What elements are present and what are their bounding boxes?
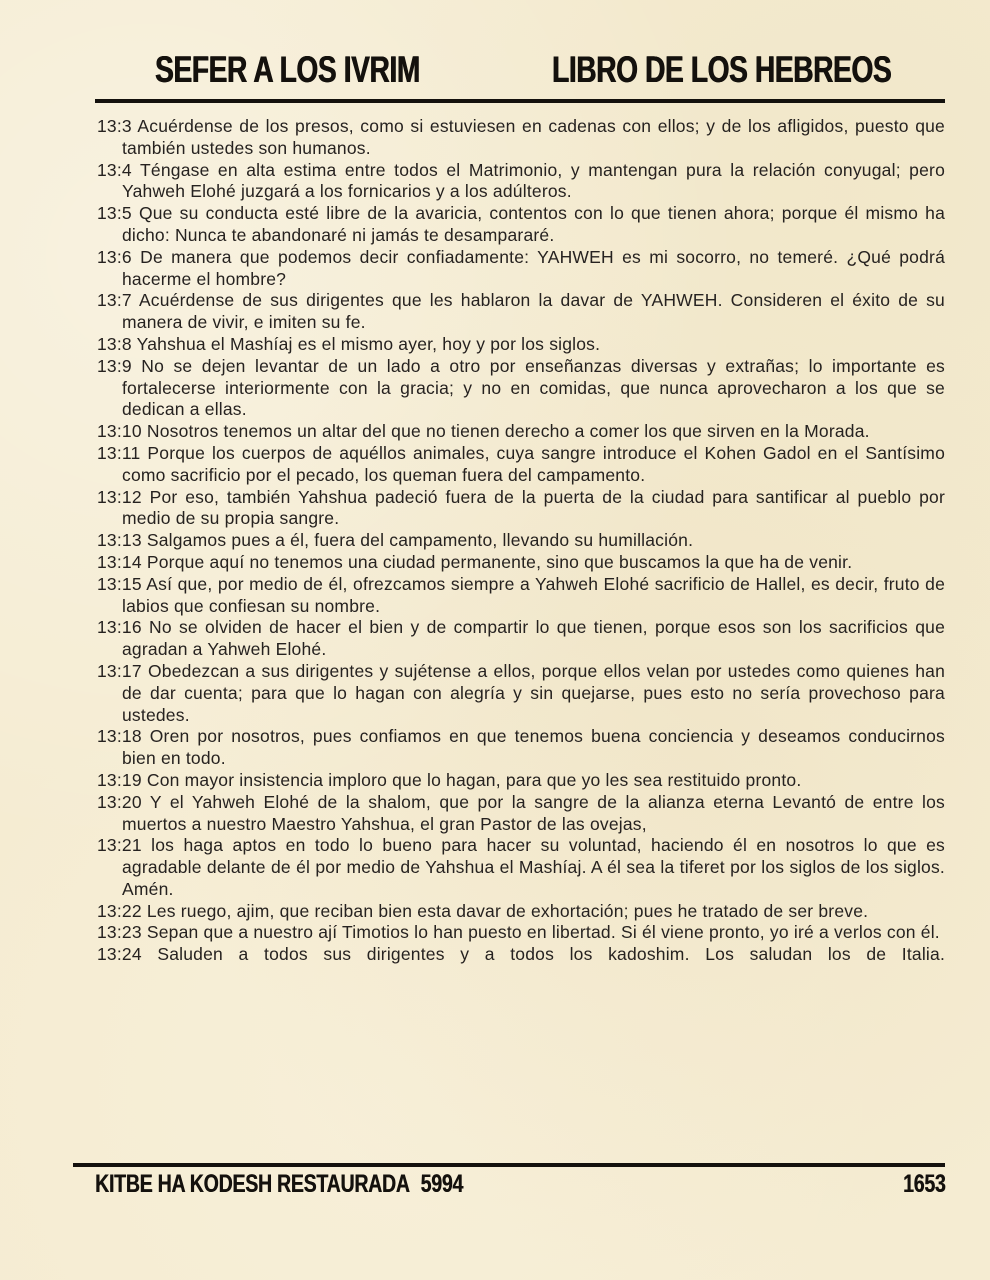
- verse: 13:20 Y el Yahweh Elohé de la shalom, qu…: [97, 792, 945, 836]
- page-header: SEFER A LOS IVRIM LIBRO DE LOS HEBREOS: [0, 50, 990, 94]
- footer-rule: [73, 1163, 945, 1167]
- verse-text: No se olviden de hacer el bien y de comp…: [122, 617, 945, 659]
- header-rule: [95, 99, 945, 103]
- verse-number: 13:6: [97, 247, 132, 267]
- verse-number: 13:7: [97, 290, 132, 310]
- verse-text: Oren por nosotros, pues confiamos en que…: [122, 726, 945, 768]
- verse-text: Que su conducta esté libre de la avarici…: [122, 203, 945, 245]
- verse-text: Téngase en alta estima entre todos el Ma…: [122, 160, 945, 202]
- verse-text: Saluden a todos sus dirigentes y a todos…: [157, 944, 945, 964]
- verse: 13:21 los haga aptos en todo lo bueno pa…: [97, 835, 945, 900]
- verse-number: 13:12: [97, 487, 142, 507]
- verse-text: Acuérdense de los presos, como si estuvi…: [122, 116, 945, 158]
- verse: 13:11 Porque los cuerpos de aquéllos ani…: [97, 443, 945, 487]
- verse-text: Salgamos pues a él, fuera del campamento…: [147, 530, 693, 550]
- verse-number: 13:10: [97, 421, 142, 441]
- verse-number: 13:16: [97, 617, 142, 637]
- verse-text-block: 13:3 Acuérdense de los presos, como si e…: [97, 116, 945, 966]
- verse-text: Sepan que a nuestro ají Timotios lo han …: [147, 922, 940, 942]
- verse: 13:8 Yahshua el Mashíaj es el mismo ayer…: [97, 334, 945, 356]
- verse-text: los haga aptos en todo lo bueno para hac…: [122, 835, 945, 899]
- verse-text: Por eso, también Yahshua padeció fuera d…: [122, 487, 945, 529]
- verse-number: 13:23: [97, 922, 142, 942]
- verse: 13:22 Les ruego, ajim, que reciban bien …: [97, 901, 945, 923]
- verse-text: Obedezcan a sus dirigentes y sujétense a…: [122, 661, 945, 725]
- verse-number: 13:5: [97, 203, 132, 223]
- verse-text: Con mayor insistencia imploro que lo hag…: [147, 770, 802, 790]
- verse: 13:23 Sepan que a nuestro ají Timotios l…: [97, 922, 945, 944]
- verse-text: Porque aquí no tenemos una ciudad perman…: [147, 552, 852, 572]
- verse-text: Yahshua el Mashíaj es el mismo ayer, hoy…: [137, 334, 601, 354]
- verse: 13:14 Porque aquí no tenemos una ciudad …: [97, 552, 945, 574]
- verse-number: 13:15: [97, 574, 142, 594]
- verse-number: 13:21: [97, 835, 142, 855]
- verse: 13:5 Que su conducta esté libre de la av…: [97, 203, 945, 247]
- verse: 13:16 No se olviden de hacer el bien y d…: [97, 617, 945, 661]
- header-title-spanish: LIBRO DE LOS HEBREOS: [552, 50, 891, 90]
- verse-number: 13:9: [97, 356, 132, 376]
- page-footer: KITBE HA KODESH RESTAURADA5994 1653: [95, 1171, 945, 1197]
- verse-text: No se dejen levantar de un lado a otro p…: [122, 356, 945, 420]
- verse-number: 13:13: [97, 530, 142, 550]
- verse-text: Les ruego, ajim, que reciban bien esta d…: [147, 901, 868, 921]
- verse-number: 13:14: [97, 552, 142, 572]
- verse-text: Acuérdense de sus dirigentes que les hab…: [122, 290, 945, 332]
- footer-year: 5994: [421, 1171, 463, 1197]
- verse: 13:9 No se dejen levantar de un lado a o…: [97, 356, 945, 421]
- verse-text: Porque los cuerpos de aquéllos animales,…: [122, 443, 945, 485]
- verse-number: 13:22: [97, 901, 142, 921]
- page-number: 1653: [903, 1171, 945, 1197]
- verse-number: 13:17: [97, 661, 142, 681]
- verse: 13:7 Acuérdense de sus dirigentes que le…: [97, 290, 945, 334]
- verse-number: 13:19: [97, 770, 142, 790]
- verse: 13:15 Así que, por medio de él, ofrezcam…: [97, 574, 945, 618]
- verse: 13:18 Oren por nosotros, pues confiamos …: [97, 726, 945, 770]
- verse: 13:19 Con mayor insistencia imploro que …: [97, 770, 945, 792]
- verse-number: 13:4: [97, 160, 132, 180]
- verse: 13:17 Obedezcan a sus dirigentes y sujét…: [97, 661, 945, 726]
- footer-title: KITBE HA KODESH RESTAURADA5994: [95, 1171, 463, 1197]
- verse-text: Así que, por medio de él, ofrezcamos sie…: [122, 574, 945, 616]
- verse-number: 13:11: [97, 443, 141, 463]
- verse: 13:3 Acuérdense de los presos, como si e…: [97, 116, 945, 160]
- verse: 13:12 Por eso, también Yahshua padeció f…: [97, 487, 945, 531]
- verse: 13:13 Salgamos pues a él, fuera del camp…: [97, 530, 945, 552]
- verse-text: De manera que podemos decir confiadament…: [122, 247, 945, 289]
- verse: 13:24 Saluden a todos sus dirigentes y a…: [97, 944, 945, 966]
- footer-book-title: KITBE HA KODESH RESTAURADA: [95, 1170, 410, 1198]
- verse-number: 13:8: [97, 334, 132, 354]
- verse: 13:4 Téngase en alta estima entre todos …: [97, 160, 945, 204]
- verse-text: Y el Yahweh Elohé de la shalom, que por …: [122, 792, 945, 834]
- verse-number: 13:3: [97, 116, 132, 136]
- verse-text: Nosotros tenemos un altar del que no tie…: [147, 421, 870, 441]
- verse-number: 13:24: [97, 944, 142, 964]
- verse: 13:10 Nosotros tenemos un altar del que …: [97, 421, 945, 443]
- header-title-transliterated: SEFER A LOS IVRIM: [155, 50, 420, 90]
- verse-number: 13:20: [97, 792, 142, 812]
- verse-number: 13:18: [97, 726, 142, 746]
- verse: 13:6 De manera que podemos decir confiad…: [97, 247, 945, 291]
- book-page: SEFER A LOS IVRIM LIBRO DE LOS HEBREOS 1…: [0, 0, 990, 1280]
